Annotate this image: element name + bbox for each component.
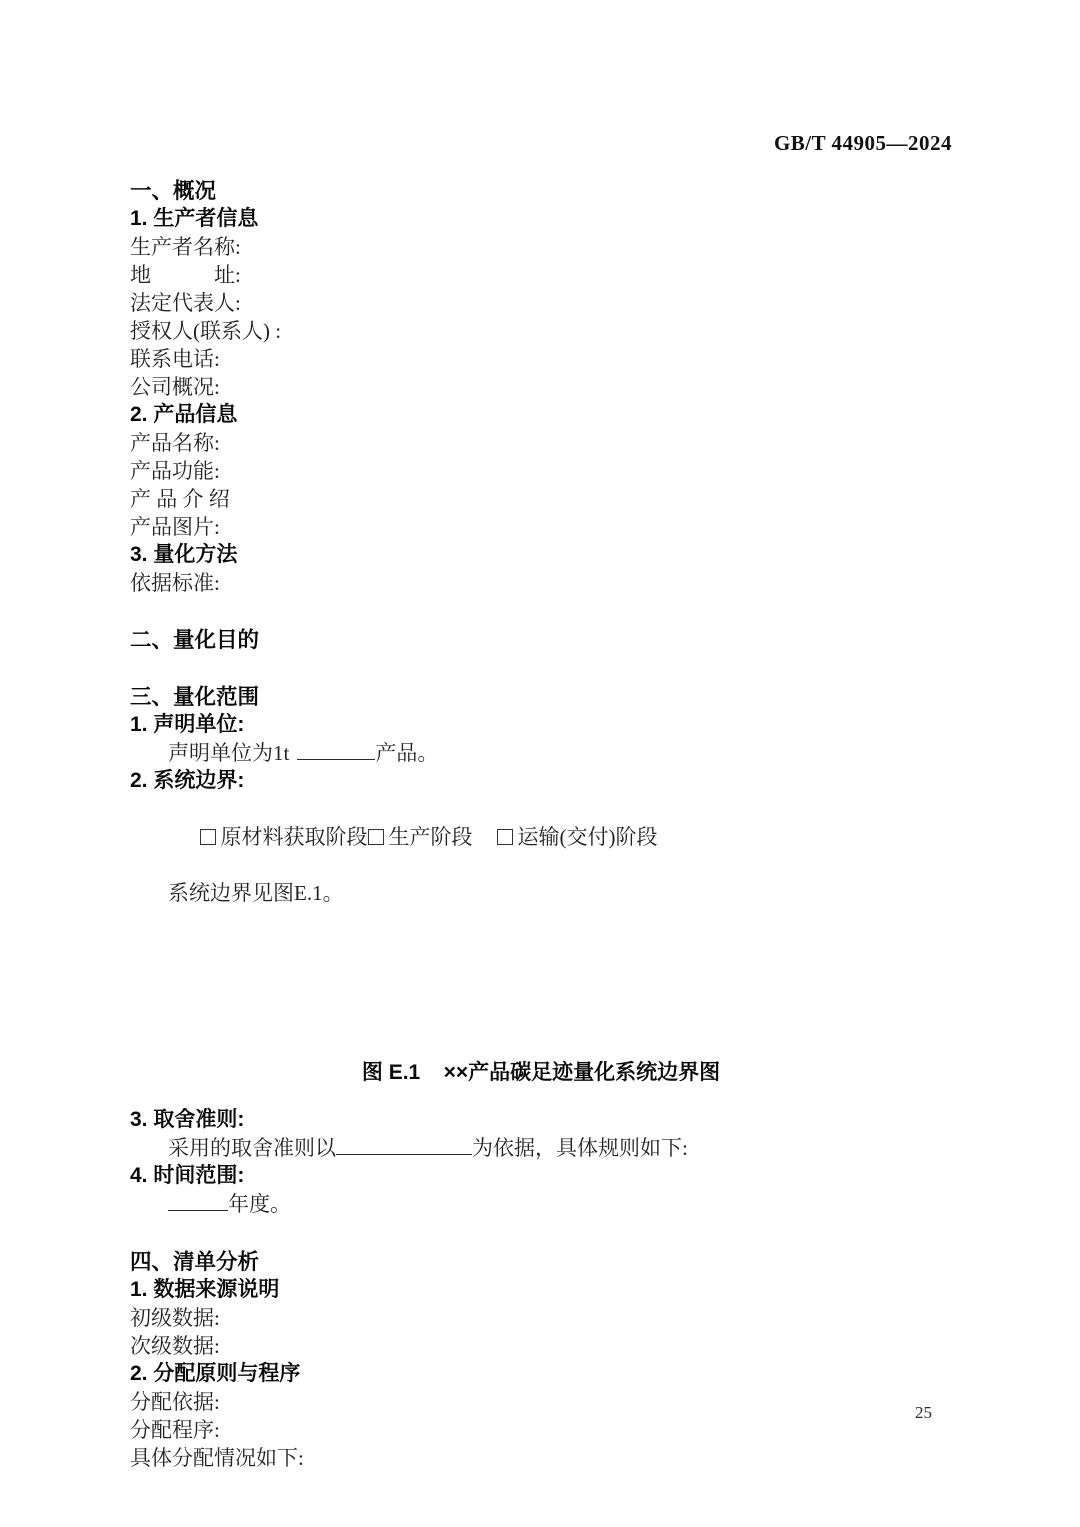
- field-phone: 联系电话:: [130, 345, 952, 373]
- cutoff-title: 3. 取舍准则:: [130, 1106, 952, 1134]
- cutoff-prefix: 采用的取舍准则以: [168, 1136, 336, 1160]
- data-source-title: 1. 数据来源说明: [130, 1276, 952, 1304]
- field-allocation-detail: 具体分配情况如下:: [130, 1444, 952, 1472]
- field-product-intro: 产 品 介 绍: [130, 485, 952, 513]
- checkbox-icon: [200, 829, 216, 845]
- checkbox-group-production: 生产阶段: [368, 825, 473, 849]
- field-producer-name: 生产者名称:: [130, 233, 952, 261]
- section-inventory-title: 四、清单分析: [130, 1248, 952, 1276]
- field-allocation-procedure: 分配程序:: [130, 1416, 952, 1444]
- document-page: GB/T 44905—2024 一、概况 1. 生产者信息 生产者名称: 地 址…: [0, 0, 1080, 1527]
- cutoff-blank-field: [336, 1135, 472, 1155]
- field-secondary-data: 次级数据:: [130, 1332, 952, 1360]
- checkbox-label-transport: 运输(交付)阶段: [518, 825, 658, 849]
- page-number: 25: [915, 1403, 932, 1423]
- checkbox-group-raw-material: 原材料获取阶段: [200, 825, 368, 849]
- field-product-function: 产品功能:: [130, 457, 952, 485]
- field-authorized-contact: 授权人(联系人) :: [130, 317, 952, 345]
- checkbox-label-production: 生产阶段: [389, 825, 473, 849]
- declared-unit-title: 1. 声明单位:: [130, 711, 952, 739]
- time-range-title: 4. 时间范围:: [130, 1162, 952, 1190]
- field-company-profile: 公司概况:: [130, 373, 952, 401]
- system-boundary-note: 系统边界见图E.1。: [130, 879, 952, 907]
- section-scope-title: 三、量化范围: [130, 683, 952, 711]
- checkbox-icon: [497, 829, 513, 845]
- product-info-title: 2. 产品信息: [130, 401, 952, 429]
- declared-unit-blank-field: [297, 740, 375, 760]
- checkbox-group-transport: 运输(交付)阶段: [497, 825, 658, 849]
- field-legal-representative: 法定代表人:: [130, 289, 952, 317]
- allocation-title: 2. 分配原则与程序: [130, 1360, 952, 1388]
- declared-unit-line: 声明单位为1t产品。: [130, 739, 952, 767]
- cutoff-suffix: 为依据，具体规则如下:: [472, 1136, 688, 1160]
- field-primary-data: 初级数据:: [130, 1304, 952, 1332]
- time-range-line: 年度。: [130, 1190, 952, 1218]
- method-title: 3. 量化方法: [130, 541, 952, 569]
- time-range-blank-field: [168, 1191, 228, 1211]
- declared-unit-prefix: 声明单位为1t: [168, 741, 289, 765]
- checkbox-icon: [368, 829, 384, 845]
- section-overview-title: 一、概况: [130, 177, 952, 205]
- declared-unit-suffix: 产品。: [375, 741, 438, 765]
- field-standard: 依据标准:: [130, 569, 952, 597]
- section-purpose-title: 二、量化目的: [130, 626, 952, 654]
- doc-number: GB/T 44905—2024: [130, 131, 952, 155]
- system-boundary-checkbox-row: 原材料获取阶段生产阶段运输(交付)阶段: [130, 795, 952, 879]
- field-product-name: 产品名称:: [130, 429, 952, 457]
- system-boundary-title: 2. 系统边界:: [130, 767, 952, 795]
- checkbox-label-raw-material: 原材料获取阶段: [221, 825, 368, 849]
- figure-caption: 图 E.1 ××产品碳足迹量化系统边界图: [130, 1059, 952, 1087]
- producer-info-title: 1. 生产者信息: [130, 205, 952, 233]
- field-producer-address: 地 址:: [130, 261, 952, 289]
- field-allocation-basis: 分配依据:: [130, 1388, 952, 1416]
- time-range-suffix: 年度。: [228, 1192, 291, 1216]
- cutoff-line: 采用的取舍准则以为依据，具体规则如下:: [130, 1134, 952, 1162]
- field-product-image: 产品图片:: [130, 513, 952, 541]
